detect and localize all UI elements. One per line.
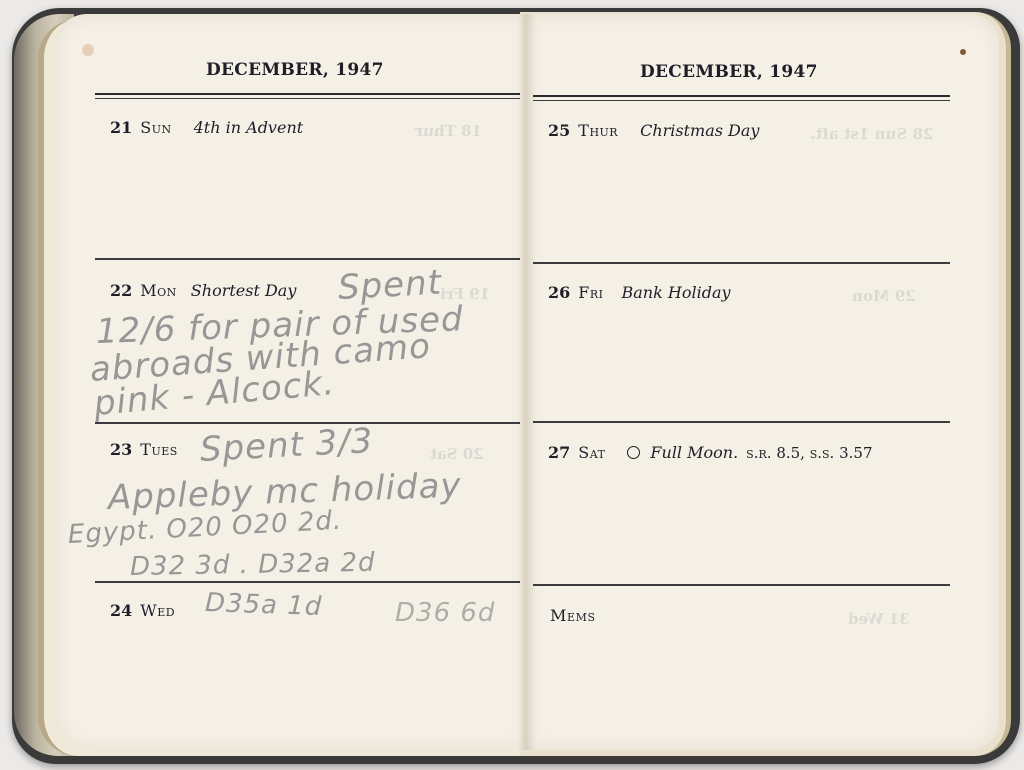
entry-23-tues: 23 Tues [110, 440, 200, 459]
weekday: Thur [578, 121, 618, 140]
weekday: Sat [578, 443, 605, 462]
book-gutter [518, 14, 536, 750]
day-divider [95, 581, 520, 583]
sunset-label: s.s. [810, 444, 835, 462]
sunset-time: 3.57 [839, 444, 872, 462]
day-number: 22 [110, 281, 132, 300]
weekday: Fri [578, 283, 603, 302]
show-through-text: 31 Wed [848, 610, 910, 628]
handwritten-note: D35a 1d [204, 588, 322, 622]
weekday: Tues [140, 440, 178, 459]
day-note: Shortest Day [191, 281, 297, 300]
right-page-heading: DECEMBER, 1947 [640, 62, 818, 82]
day-number: 24 [110, 601, 132, 620]
entry-26-fri: 26 Fri Bank Holiday [548, 283, 731, 302]
entry-25-thur: 25 Thur Christmas Day [548, 121, 759, 140]
heading-rule-bottom [95, 98, 520, 99]
left-page-heading: DECEMBER, 1947 [206, 60, 384, 80]
entry-27-sat: 27 Sat Full Moon. s.r. 8.5, s.s. 3.57 [548, 443, 873, 462]
show-through-text: 18 Thur [415, 122, 482, 140]
day-note: Full Moon. [650, 443, 738, 462]
weekday: Wed [140, 601, 175, 620]
day-number: 26 [548, 283, 570, 302]
day-note: Bank Holiday [622, 283, 731, 302]
day-divider [533, 584, 950, 586]
age-spot [960, 49, 966, 55]
entry-21-sun: 21 Sun 4th in Advent [110, 118, 303, 137]
entry-22-mon: 22 Mon Shortest Day [110, 281, 296, 300]
handwritten-note: D36 6d [395, 598, 495, 628]
sunrise-label: s.r. [746, 444, 771, 462]
weekday: Sun [140, 118, 171, 137]
age-spot [82, 44, 94, 56]
mems-label: Mems [550, 606, 596, 625]
full-moon-icon [627, 446, 640, 459]
heading-rule-bottom [533, 100, 950, 101]
entry-24-wed: 24 Wed [110, 601, 197, 620]
day-note: Christmas Day [640, 121, 759, 140]
day-number: 25 [548, 121, 570, 140]
heading-rule-top [533, 95, 950, 97]
sunrise-sunset: s.r. 8.5, s.s. 3.57 [746, 444, 872, 462]
day-divider [95, 258, 520, 260]
day-number: 23 [110, 440, 132, 459]
show-through-text: 20 Sat [430, 445, 484, 463]
sunrise-time: 8.5, [776, 444, 805, 462]
show-through-text: 29 Mon [852, 287, 916, 305]
weekday: Mon [140, 281, 177, 300]
show-through-text: 28 Sun 1st aft. [810, 125, 933, 143]
day-number: 21 [110, 118, 132, 137]
day-divider [533, 262, 950, 264]
day-note: 4th in Advent [194, 118, 304, 137]
day-divider [533, 421, 950, 423]
day-number: 27 [548, 443, 570, 462]
heading-rule-top [95, 93, 520, 95]
handwritten-note: D32 3d . D32a 2d [130, 548, 376, 582]
